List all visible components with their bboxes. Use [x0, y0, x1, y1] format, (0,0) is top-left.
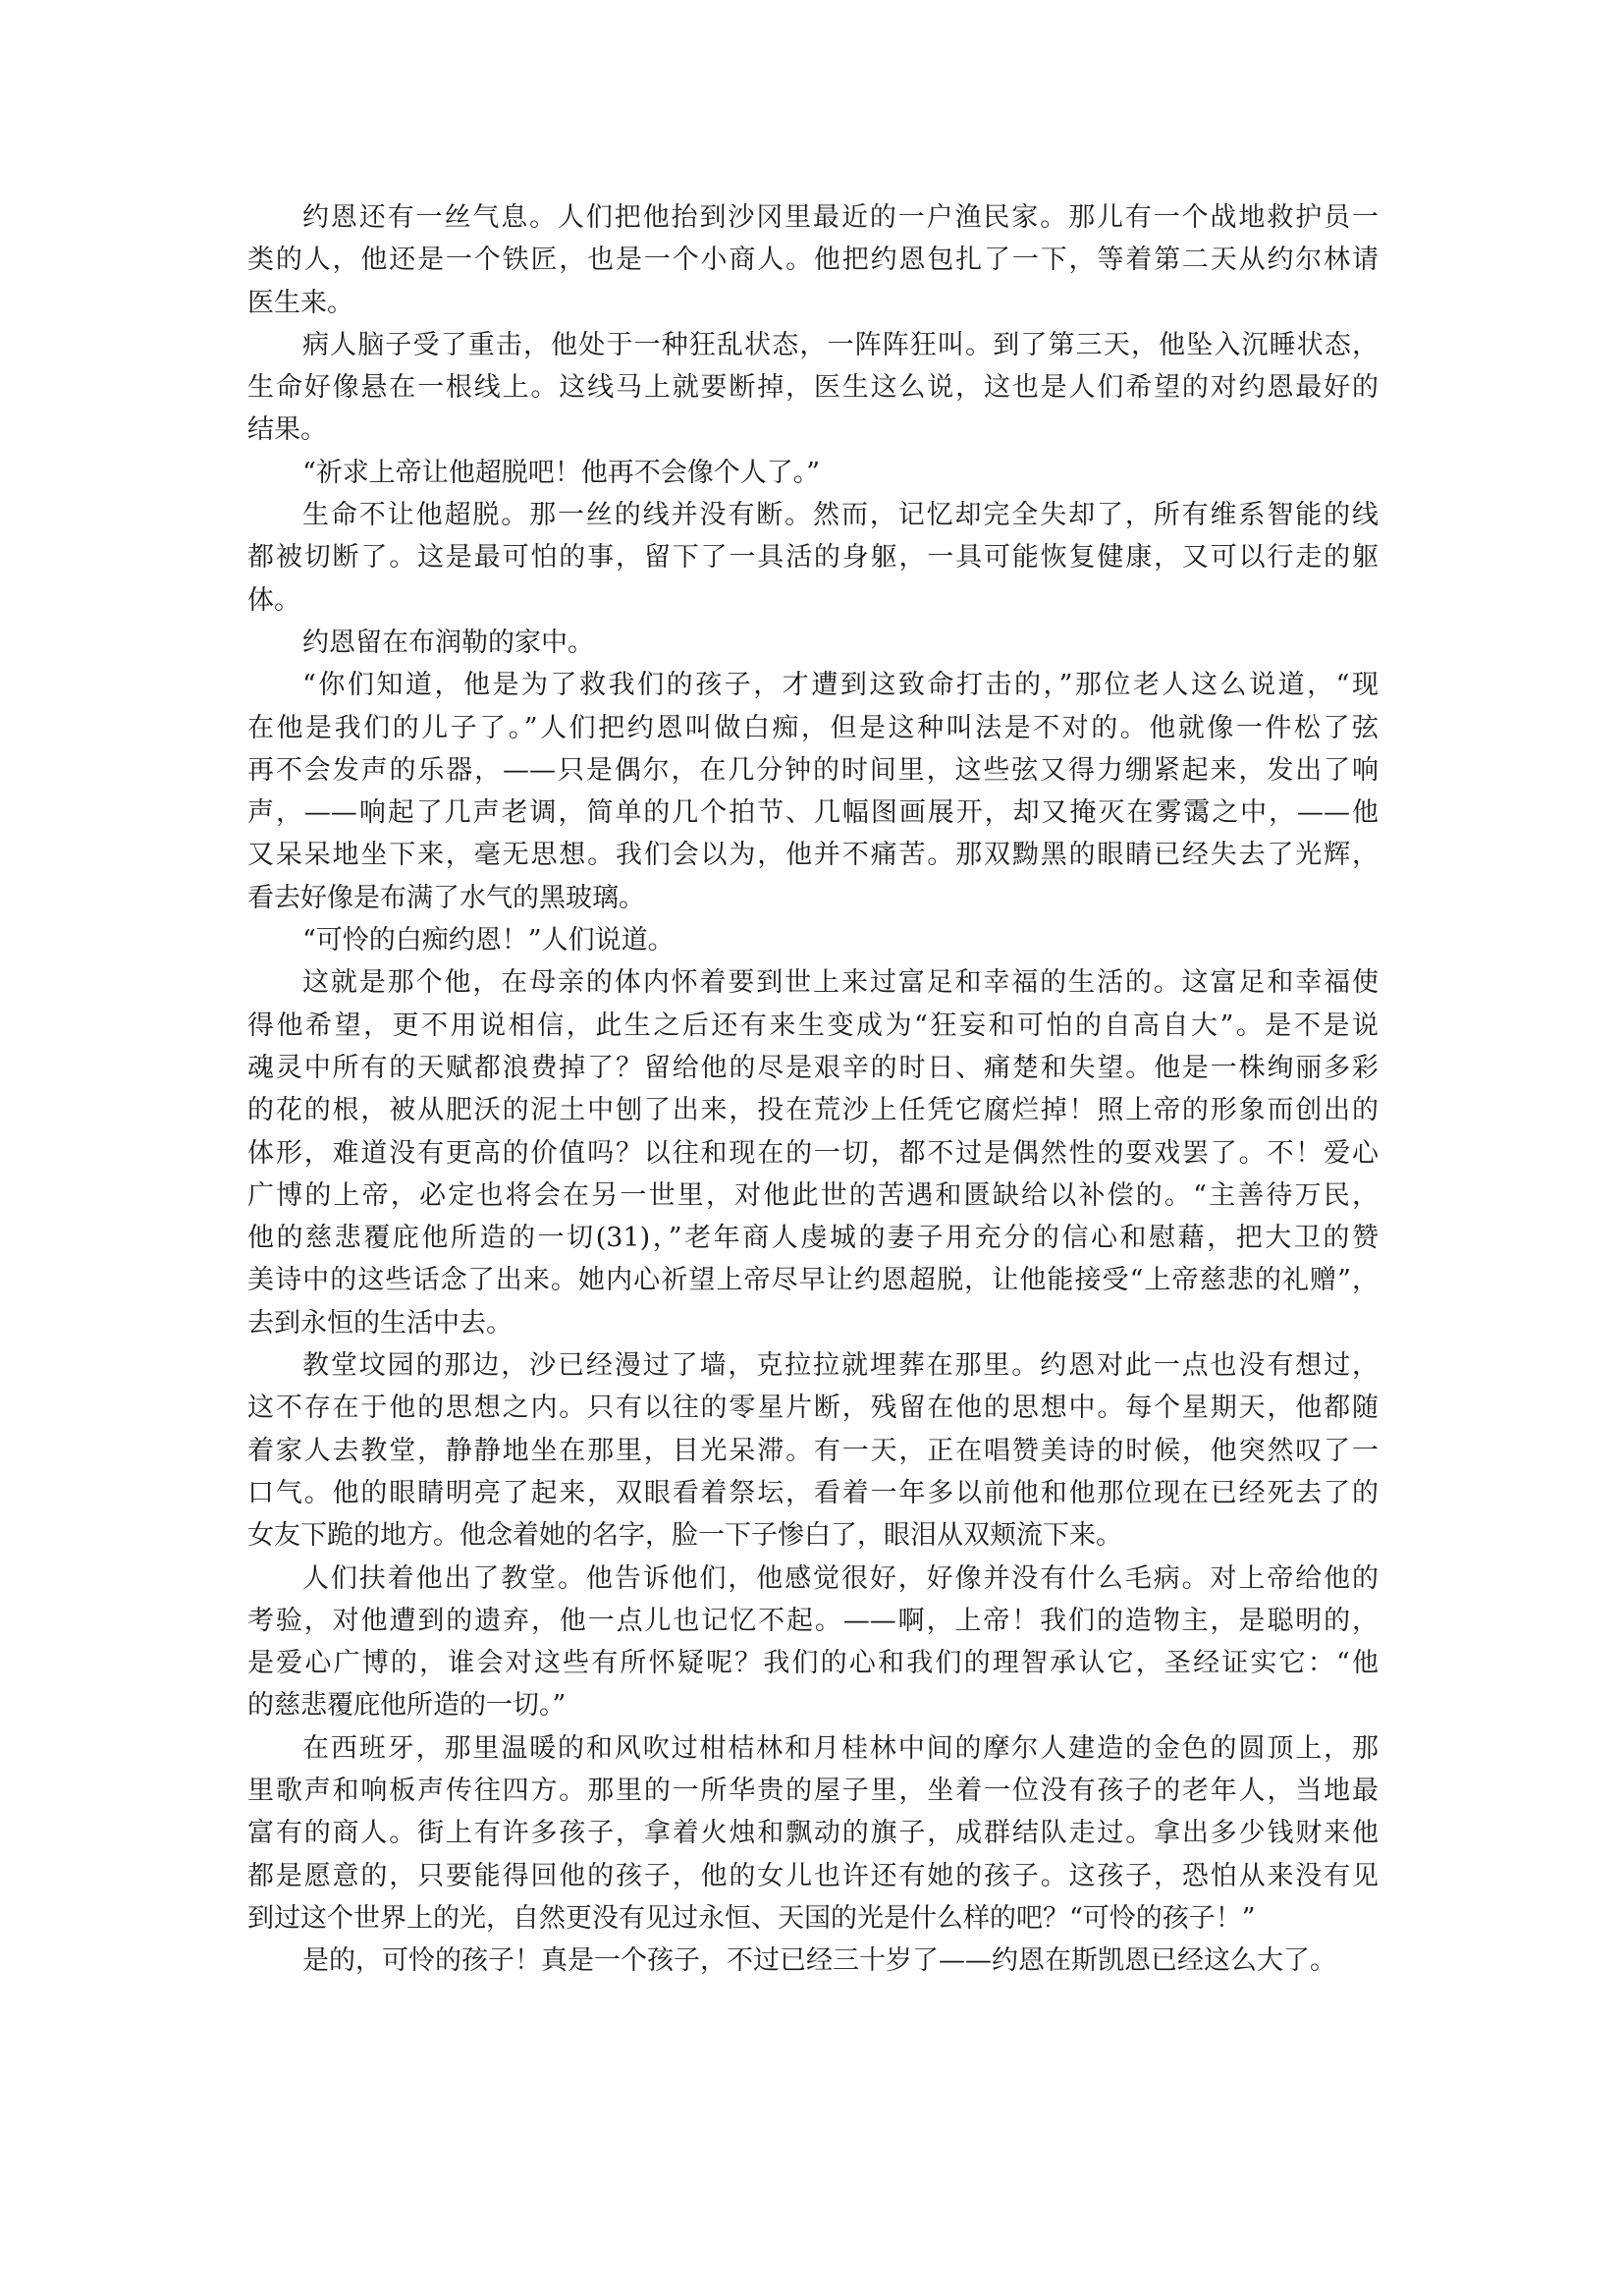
paragraph: “可怜的白痴约恩！”人们说道。 [247, 919, 1379, 961]
text-line: 得他希望，更不用说相信，此生之后还有来生变成为“狂妄和可怕的自高自大”。是不是说 [247, 1005, 1379, 1047]
paragraph: “祈求上帝让他超脱吧！他再不会像个人了。” [247, 452, 1379, 494]
paragraph: 这就是那个他，在母亲的体内怀着要到世上来过富足和幸福的生活的。这富足和幸福使得他… [247, 961, 1379, 1344]
paragraph: “你们知道，他是为了救我们的孩子，才遭到这致命打击的，”那位老人这么说道，“现在… [247, 664, 1379, 919]
text-line: 美诗中的这些话念了出来。她内心祈望上帝尽早让约恩超脱，让他能接受“上帝慈悲的礼赠… [247, 1259, 1379, 1301]
text-line: 的花的根，被从肥沃的泥土中刨了出来，投在荒沙上任凭它腐烂掉！照上帝的形象而创出的 [247, 1089, 1379, 1131]
text-line: 到过这个世界上的光，自然更没有见过永恒、天国的光是什么样的吧？“可怜的孩子！” [247, 1897, 1379, 1940]
text-line: 结果。 [247, 409, 1379, 451]
text-line: 着家人去教堂，静静地坐在那里，目光呆滞。有一天，正在唱赞美诗的时候，他突然叹了一 [247, 1430, 1379, 1472]
text-line: 富有的商人。街上有许多孩子，拿着火烛和飘动的旗子，成群结队走过。拿出多少钱财来他 [247, 1812, 1379, 1854]
text-line: 在西班牙，那里温暖的和风吹过柑桔林和月桂林中间的摩尔人建造的金色的圆顶上，那 [247, 1727, 1379, 1770]
paragraph: 是的，可怜的孩子！真是一个孩子，不过已经三十岁了——约恩在斯凯恩已经这么大了。 [247, 1940, 1379, 1982]
text-line: 的慈悲覆庇他所造的一切。” [247, 1684, 1379, 1726]
text-line: 口气。他的眼睛明亮了起来，双眼看着祭坛，看着一年多以前他和他那位现在已经死去了的 [247, 1472, 1379, 1514]
text-line: 体形，难道没有更高的价值吗？以往和现在的一切，都不过是偶然性的耍戏罢了。不！爱心 [247, 1132, 1379, 1175]
text-line: 生命好像悬在一根线上。这线马上就要断掉，医生这么说，这也是人们希望的对约恩最好的 [247, 366, 1379, 409]
text-line: 都是愿意的，只要能得回他的孩子，他的女儿也许还有她的孩子。这孩子，恐怕从来没有见 [247, 1855, 1379, 1897]
text-line: 女友下跪的地方。他念着她的名字，脸一下子惨白了，眼泪从双颊流下来。 [247, 1514, 1379, 1557]
paragraph: 在西班牙，那里温暖的和风吹过柑桔林和月桂林中间的摩尔人建造的金色的圆顶上，那里歌… [247, 1727, 1379, 1940]
text-line: 他的慈悲覆庇他所造的一切(31)，”老年商人虔城的妻子用充分的信心和慰藉，把大卫… [247, 1217, 1379, 1259]
text-line: 这就是那个他，在母亲的体内怀着要到世上来过富足和幸福的生活的。这富足和幸福使 [247, 961, 1379, 1004]
text-line: “祈求上帝让他超脱吧！他再不会像个人了。” [247, 452, 1379, 494]
text-line: 是的，可怜的孩子！真是一个孩子，不过已经三十岁了——约恩在斯凯恩已经这么大了。 [247, 1940, 1379, 1982]
text-line: 约恩还有一丝气息。人们把他抬到沙冈里最近的一户渔民家。那儿有一个战地救护员一 [247, 196, 1379, 239]
text-line: 生命不让他超脱。那一丝的线并没有断。然而，记忆却完全失却了，所有维系智能的线 [247, 494, 1379, 536]
paragraph: 教堂坟园的那边，沙已经漫过了墙，克拉拉就埋葬在那里。约恩对此一点也没有想过，这不… [247, 1344, 1379, 1557]
text-line: 再不会发声的乐器，——只是偶尔，在几分钟的时间里，这些弦又得力绷紧起来，发出了响 [247, 749, 1379, 792]
text-line: “你们知道，他是为了救我们的孩子，才遭到这致命打击的，”那位老人这么说道，“现 [247, 664, 1379, 706]
text-line: 病人脑子受了重击，他处于一种狂乱状态，一阵阵狂叫。到了第三天，他坠入沉睡状态， [247, 324, 1379, 366]
paragraph: 约恩留在布润勒的家中。 [247, 622, 1379, 664]
paragraph: 约恩还有一丝气息。人们把他抬到沙冈里最近的一户渔民家。那儿有一个战地救护员一类的… [247, 196, 1379, 324]
text-line: 广博的上帝，必定也将会在另一世里，对他此世的苦遇和匮缺给以补偿的。“主善待万民， [247, 1175, 1379, 1217]
text-line: “可怜的白痴约恩！”人们说道。 [247, 919, 1379, 961]
document-page: 约恩还有一丝气息。人们把他抬到沙冈里最近的一户渔民家。那儿有一个战地救护员一类的… [247, 196, 1379, 1982]
text-line: 约恩留在布润勒的家中。 [247, 622, 1379, 664]
text-line: 又呆呆地坐下来，毫无思想。我们会以为，他并不痛苦。那双黝黑的眼睛已经失去了光辉， [247, 834, 1379, 876]
text-line: 声，——响起了几声老调，简单的几个拍节、几幅图画展开，却又掩灭在雾霭之中，——他 [247, 792, 1379, 834]
text-line: 看去好像是布满了水气的黑玻璃。 [247, 877, 1379, 919]
text-line: 里歌声和响板声传往四方。那里的一所华贵的屋子里，坐着一位没有孩子的老年人，当地最 [247, 1770, 1379, 1812]
paragraph: 人们扶着他出了教堂。他告诉他们，他感觉很好，好像并没有什么毛病。对上帝给他的考验… [247, 1558, 1379, 1727]
paragraph: 病人脑子受了重击，他处于一种狂乱状态，一阵阵狂叫。到了第三天，他坠入沉睡状态，生… [247, 324, 1379, 452]
text-line: 体。 [247, 579, 1379, 622]
text-line: 去到永恒的生活中去。 [247, 1302, 1379, 1344]
text-line: 教堂坟园的那边，沙已经漫过了墙，克拉拉就埋葬在那里。约恩对此一点也没有想过， [247, 1344, 1379, 1387]
text-line: 都被切断了。这是最可怕的事，留下了一具活的身躯，一具可能恢复健康，又可以行走的躯 [247, 536, 1379, 578]
text-line: 考验，对他遭到的遗弃，他一点儿也记忆不起。——啊，上帝！我们的造物主，是聪明的， [247, 1600, 1379, 1642]
text-line: 医生来。 [247, 282, 1379, 324]
text-line: 在他是我们的儿子了。”人们把约恩叫做白痴，但是这种叫法是不对的。他就像一件松了弦 [247, 707, 1379, 749]
text-line: 是爱心广博的，谁会对这些有所怀疑呢？我们的心和我们的理智承认它，圣经证实它：“他 [247, 1642, 1379, 1684]
text-line: 这不存在于他的思想之内。只有以往的零星片断，残留在他的思想中。每个星期天，他都随 [247, 1387, 1379, 1429]
text-line: 魂灵中所有的天赋都浪费掉了？留给他的尽是艰辛的时日、痛楚和失望。他是一株绚丽多彩 [247, 1047, 1379, 1089]
text-line: 人们扶着他出了教堂。他告诉他们，他感觉很好，好像并没有什么毛病。对上帝给他的 [247, 1558, 1379, 1600]
text-line: 类的人，他还是一个铁匠，也是一个小商人。他把约恩包扎了一下，等着第二天从约尔林请 [247, 239, 1379, 281]
paragraph: 生命不让他超脱。那一丝的线并没有断。然而，记忆却完全失却了，所有维系智能的线都被… [247, 494, 1379, 622]
